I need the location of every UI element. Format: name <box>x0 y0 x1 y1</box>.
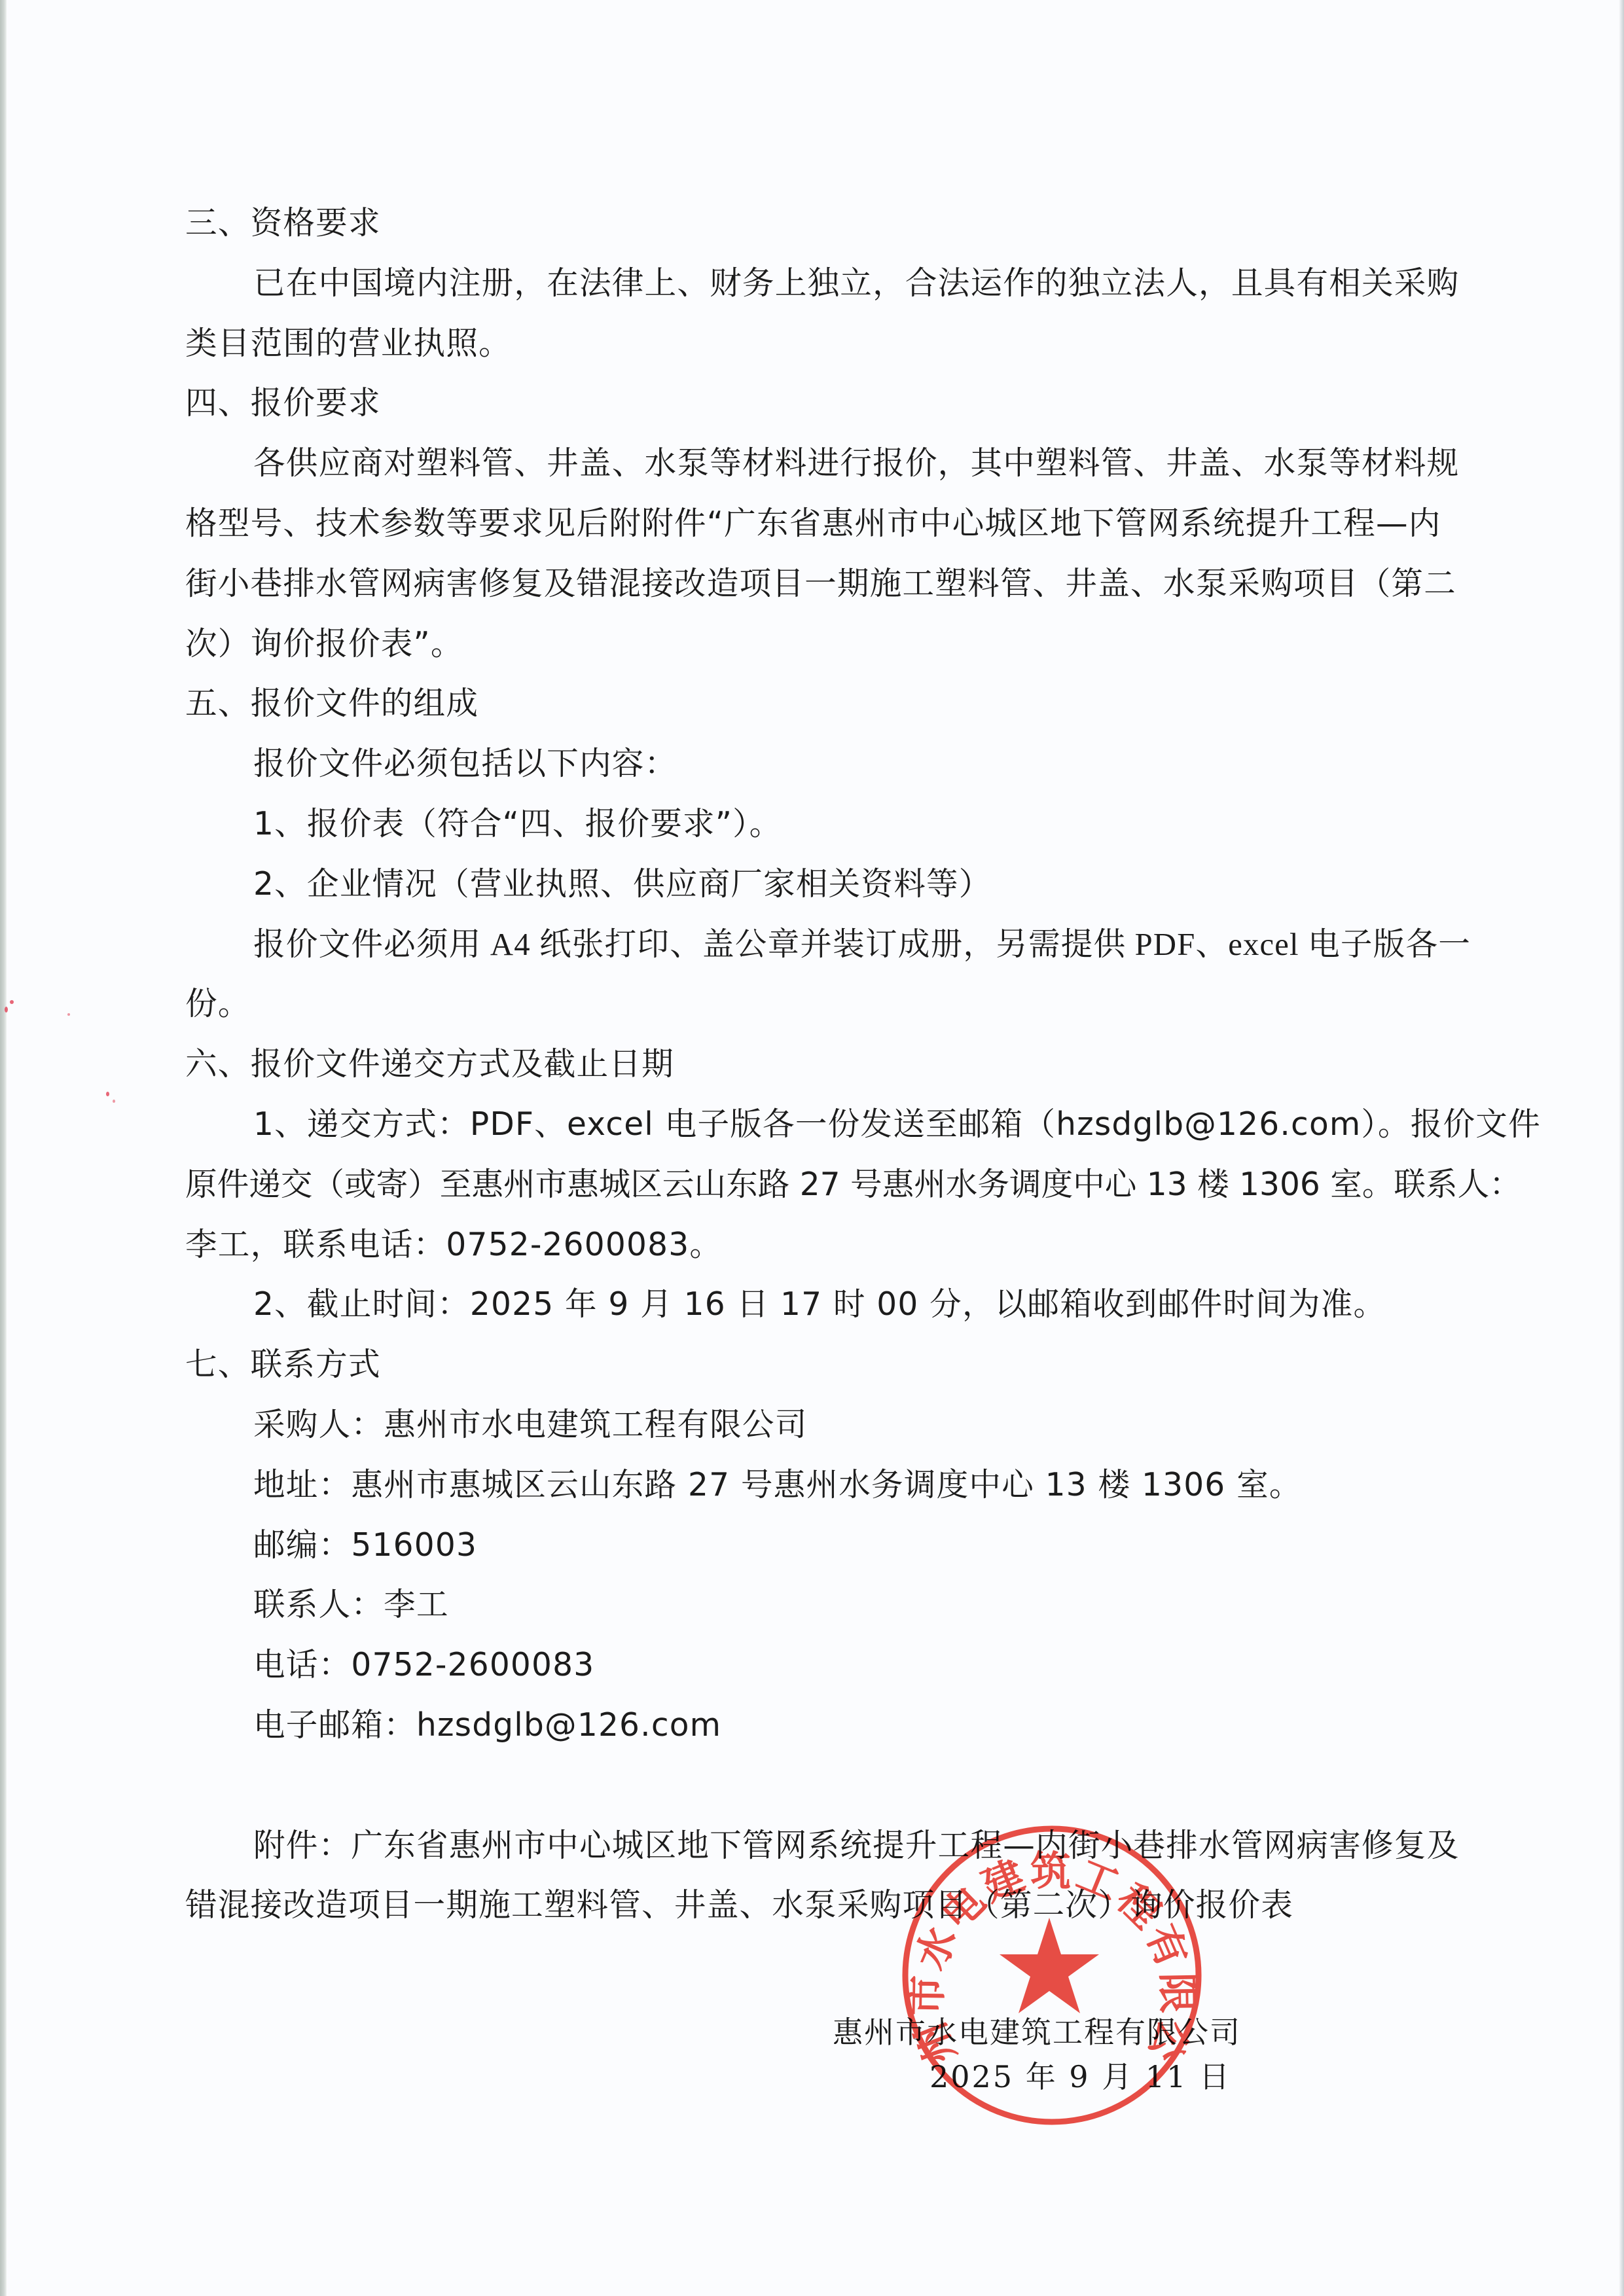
section-heading-quotation-composition: 五、报价文件的组成 <box>185 674 1459 734</box>
scan-speck <box>113 1100 115 1103</box>
scan-speck <box>67 1013 70 1016</box>
attachment-line-1: 附件：广东省惠州市中心城区地下管网系统提升工程—内街小巷排水管网病害修复及 <box>185 1816 1459 1876</box>
contact-address: 地址：惠州市惠城区云山东路 27 号惠州水务调度中心 13 楼 1306 室。 <box>185 1456 1459 1516</box>
list-item: 1、报价表（符合“四、报价要求”）。 <box>185 795 1459 855</box>
paragraph-line: 报价文件必须用 A4 纸张打印、盖公章并装订成册，另需提供 PDF、excel … <box>185 915 1459 975</box>
scan-edge-right <box>1619 0 1624 2296</box>
scan-edge-left <box>0 0 7 2296</box>
contact-email: 电子邮箱：hzsdglb@126.com <box>185 1696 1459 1756</box>
section-heading-contact: 七、联系方式 <box>185 1335 1459 1395</box>
list-item: 2、企业情况（营业执照、供应商厂家相关资料等） <box>185 855 1459 915</box>
signature-date: 2025 年 9 月 11 日 <box>929 2062 1231 2092</box>
scan-speck <box>10 1000 14 1004</box>
paragraph-line: 次）询价报价表”。 <box>185 615 1459 675</box>
section-heading-submission: 六、报价文件递交方式及截止日期 <box>185 1035 1459 1095</box>
paragraph-line: 报价文件必须包括以下内容： <box>185 734 1459 795</box>
paragraph-line: 原件递交（或寄）至惠州市惠城区云山东路 27 号惠州水务调度中心 13 楼 13… <box>185 1155 1459 1215</box>
scan-speck <box>106 1092 109 1096</box>
contact-postcode: 邮编：516003 <box>185 1516 1459 1576</box>
contact-purchaser: 采购人：惠州市水电建筑工程有限公司 <box>185 1395 1459 1456</box>
contact-person: 联系人：李工 <box>185 1575 1459 1636</box>
scan-speck <box>5 1007 8 1013</box>
document-body: 三、资格要求 已在中国境内注册，在法律上、财务上独立，合法运作的独立法人，且具有… <box>185 194 1459 1936</box>
paragraph-line: 格型号、技术参数等要求见后附附件“广东省惠州市中心城区地下管网系统提升工程—内 <box>185 494 1459 554</box>
spacer <box>185 1756 1459 1816</box>
list-item: 1、递交方式：PDF、excel 电子版各一份发送至邮箱（hzsdglb@126… <box>185 1095 1459 1155</box>
paragraph-line: 李工，联系电话：0752-2600083。 <box>185 1215 1459 1276</box>
contact-phone: 电话：0752-2600083 <box>185 1636 1459 1696</box>
paragraph-line: 已在中国境内注册，在法律上、财务上独立，合法运作的独立法人，且具有相关采购 <box>185 254 1459 314</box>
signature-company: 惠州市水电建筑工程有限公司 <box>833 2017 1241 2047</box>
list-item-deadline: 2、截止时间：2025 年 9 月 16 日 17 时 00 分，以邮箱收到邮件… <box>185 1275 1459 1335</box>
paragraph-line: 各供应商对塑料管、井盖、水泵等材料进行报价，其中塑料管、井盖、水泵等材料规 <box>185 434 1459 494</box>
paragraph-line: 份。 <box>185 975 1459 1035</box>
paragraph-line: 街小巷排水管网病害修复及错混接改造项目一期施工塑料管、井盖、水泵采购项目（第二 <box>185 554 1459 615</box>
attachment-line-2: 错混接改造项目一期施工塑料管、井盖、水泵采购项目（第二次）询价报价表 <box>185 1876 1459 1936</box>
section-heading-qualifications: 三、资格要求 <box>185 194 1459 254</box>
paragraph-line: 类目范围的营业执照。 <box>185 314 1459 374</box>
section-heading-quotation-requirements: 四、报价要求 <box>185 374 1459 434</box>
